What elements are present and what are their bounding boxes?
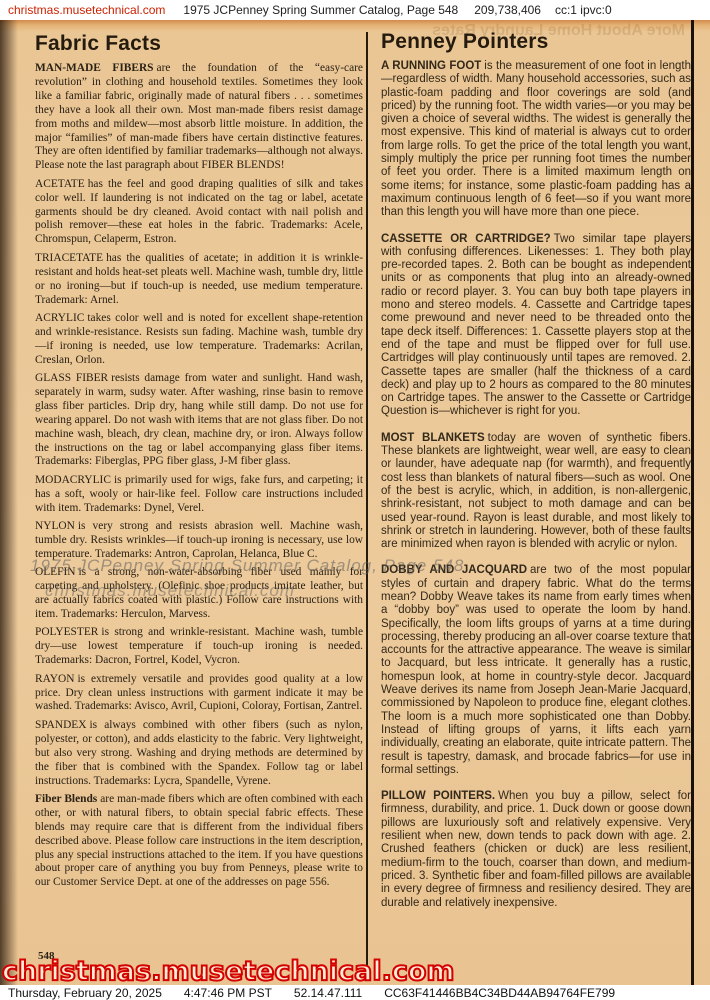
paragraph-lead: CASSETTE OR CARTRIDGE?	[381, 233, 551, 245]
column-divider-rule	[366, 32, 368, 970]
footer-time: 4:47:46 PM PST	[184, 986, 272, 1000]
header-counter: 209,738,406	[474, 3, 541, 17]
paragraph-acrylic: ACRYLICtakes color well and is noted for…	[35, 312, 363, 368]
paragraph-text: is a strong, non-water-absorbing fiber u…	[35, 566, 363, 620]
paragraph-text: are man-made fibers which are often comb…	[35, 793, 363, 888]
paragraph-rayon: RAYONis extremely versatile and provides…	[35, 673, 363, 715]
paragraph-pillow-pointers: PILLOW POINTERS.When you buy a pillow, s…	[381, 790, 691, 910]
header-page-title: 1975 JCPenney Spring Summer Catalog, Pag…	[183, 3, 458, 17]
paragraph-acetate: ACETATEhas the feel and good draping qua…	[35, 178, 363, 248]
paragraph-dobby-jacquard: DOBBY AND JACQUARDare two of the most po…	[381, 564, 691, 777]
paragraph-nylon: NYLONis very strong and resists abrasion…	[35, 520, 363, 562]
paragraph-cassette-cartridge: CASSETTE OR CARTRIDGE?Two similar tape p…	[381, 233, 691, 419]
paragraph-text: is extremely versatile and provides good…	[35, 673, 363, 713]
header-flags: cc:1 ipvc:0	[555, 3, 612, 17]
paragraph-lead: NYLON	[35, 520, 75, 532]
page-right-edge-rule	[691, 20, 694, 985]
catalog-page-scan: More About Home Laundry Rates Fabric Fac…	[0, 20, 710, 985]
paragraph-glass-fiber: GLASS FIBERresists damage from water and…	[35, 372, 363, 469]
paragraph-lead: SPANDEX	[35, 719, 87, 731]
paragraph-olefin: OLEFINis a strong, non-water-absorbing f…	[35, 566, 363, 622]
paragraph-lead: DOBBY AND JACQUARD	[381, 564, 527, 576]
footer-hash: CC63F41446BB4C34BD44AB94764FE799	[384, 986, 615, 1000]
footer-bar: Thursday, February 20, 2025 4:47:46 PM P…	[0, 985, 710, 1000]
paragraph-text: When you buy a pillow, select for firmne…	[381, 790, 691, 908]
paragraph-lead: OLEFIN	[35, 566, 76, 578]
page-gutter-shadow	[0, 20, 18, 985]
paragraph-lead: POLYESTER	[35, 626, 98, 638]
paragraph-lead: MOST BLANKETS	[381, 432, 485, 444]
paragraph-lead: RAYON	[35, 673, 74, 685]
fabric-facts-heading: Fabric Facts	[35, 32, 363, 56]
paragraph-text: are two of the most popular styles of cu…	[381, 564, 691, 775]
paragraph-lead: ACETATE	[35, 178, 85, 190]
paragraph-lead: A RUNNING FOOT	[381, 60, 481, 72]
paragraph-spandex: SPANDEXis always combined with other fib…	[35, 719, 363, 789]
paragraph-text: resists damage from water and sunlight. …	[35, 372, 363, 467]
paragraph-running-foot: A RUNNING FOOTis the measurement of one …	[381, 60, 691, 220]
paragraph-text: are the foundation of the “easy-care rev…	[35, 62, 363, 171]
paragraph-text: today are woven of synthetic fibers. The…	[381, 432, 691, 550]
paragraph-text: is very strong and resists abrasion well…	[35, 520, 363, 560]
paragraph-lead: ACRYLIC	[35, 312, 84, 324]
paragraph-fiber-blends: Fiber Blendsare man-made fibers which ar…	[35, 793, 363, 890]
paragraph-lead: GLASS FIBER	[35, 372, 108, 384]
paragraph-lead: TRIACETATE	[35, 252, 103, 264]
paragraph-text: takes color well and is noted for excell…	[35, 312, 363, 366]
penney-pointers-heading: Penney Pointers	[381, 30, 691, 54]
paragraph-lead: PILLOW POINTERS.	[381, 790, 495, 802]
paragraph-modacrylic: MODACRYLICis primarily used for wigs, fa…	[35, 474, 363, 516]
right-column-penney-pointers: Penney Pointers A RUNNING FOOTis the mea…	[381, 30, 691, 978]
paragraph-triacetate: TRIACETATEhas the qualities of acetate; …	[35, 252, 363, 308]
left-column-fabric-facts: Fabric Facts MAN-MADE FIBERSare the foun…	[35, 32, 363, 977]
paragraph-polyester: POLYESTERis strong and wrinkle-resistant…	[35, 626, 363, 668]
paragraph-text: Two similar tape players with confusing …	[381, 233, 691, 418]
page-number: 548	[38, 950, 55, 962]
paragraph-lead: MODACRYLIC	[35, 474, 111, 486]
paragraph-text: is the measurement of one foot in length…	[381, 60, 691, 218]
paragraph-most-blankets: MOST BLANKETStoday are woven of syntheti…	[381, 432, 691, 552]
paragraph-lead: Fiber Blends	[35, 793, 97, 805]
header-domain-link[interactable]: christmas.musetechnical.com	[8, 3, 165, 17]
paragraph-man-made-fibers: MAN-MADE FIBERSare the foundation of the…	[35, 62, 363, 173]
footer-date: Thursday, February 20, 2025	[8, 986, 162, 1000]
footer-ip-address: 52.14.47.111	[294, 986, 362, 1000]
paragraph-lead: MAN-MADE FIBERS	[35, 62, 154, 74]
header-bar: christmas.musetechnical.com 1975 JCPenne…	[0, 0, 710, 20]
